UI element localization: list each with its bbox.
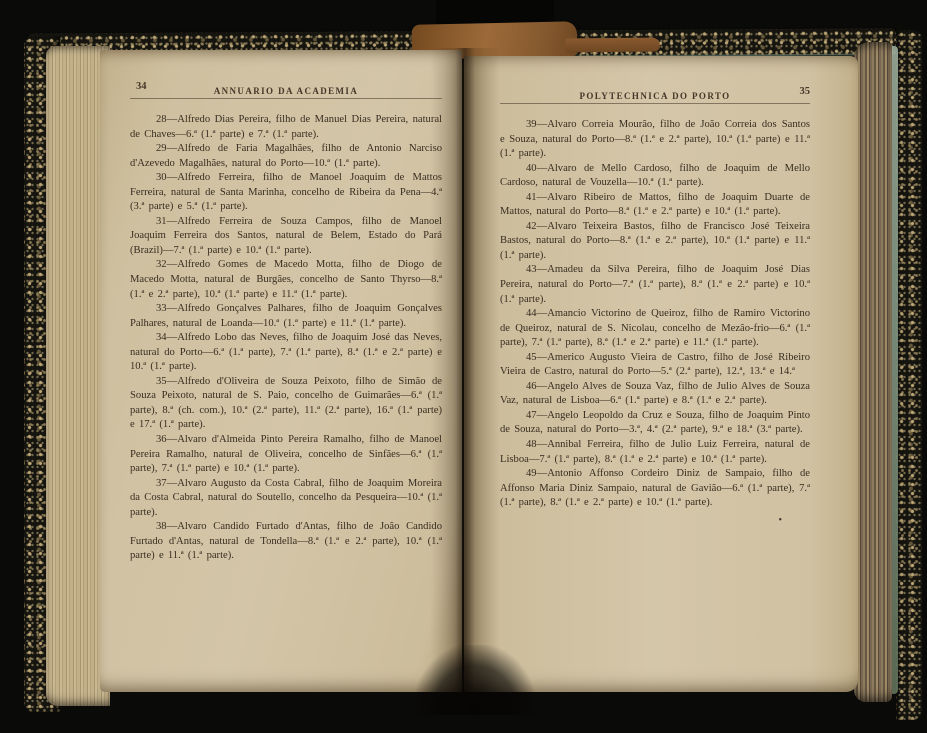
register-entry: 29—Alfredo de Faria Magalhães, filho de … xyxy=(130,142,442,171)
register-entry: 37—Alvaro Augusto da Costa Cabral, filho… xyxy=(130,477,442,521)
register-entry: 33—Alfredo Gonçalves Palhares, filho de … xyxy=(130,302,442,331)
book-photo: 34 ANNUARIO DA ACADEMIA 28—Alfredo Dias … xyxy=(0,0,927,733)
left-page: 34 ANNUARIO DA ACADEMIA 28—Alfredo Dias … xyxy=(100,50,462,692)
register-entry: 41—Alvaro Ribeiro de Mattos, filho de Jo… xyxy=(500,191,810,220)
register-entry: 45—Americo Augusto Vieira de Castro, fil… xyxy=(500,351,810,380)
left-page-header: 34 ANNUARIO DA ACADEMIA xyxy=(130,81,442,94)
register-entry: 38—Alvaro Candido Furtado d'Antas, filho… xyxy=(130,520,442,564)
register-entry: 32—Alfredo Gomes de Macedo Motta, filho … xyxy=(130,258,442,302)
register-entry: 49—Antonio Affonso Cordeiro Diniz de Sam… xyxy=(500,467,810,511)
register-entry: 44—Amancio Victorino de Queiroz, filho d… xyxy=(500,307,810,351)
right-entries: 39—Alvaro Correia Mourão, filho de João … xyxy=(500,118,810,511)
right-running-title: POLYTECHNICA DO PORTO xyxy=(579,91,730,101)
register-entry: 35—Alfredo d'Oliveira de Souza Peixoto, … xyxy=(130,375,442,433)
register-entry: 46—Angelo Alves de Souza Vaz, filho de J… xyxy=(500,380,810,409)
right-text-block: POLYTECHNICA DO PORTO 35 39—Alvaro Corre… xyxy=(464,56,858,526)
register-entry: 28—Alfredo Dias Pereira, filho de Manuel… xyxy=(130,113,442,142)
register-entry: 48—Annibal Ferreira, filho de Julio Luiz… xyxy=(500,438,810,467)
right-page: POLYTECHNICA DO PORTO 35 39—Alvaro Corre… xyxy=(464,56,858,692)
register-entry: 34—Alfredo Lobo das Neves, filho de Joaq… xyxy=(130,331,442,375)
register-entry: 39—Alvaro Correia Mourão, filho de João … xyxy=(500,118,810,162)
register-entry: 43—Amadeu da Silva Pereira, filho de Joa… xyxy=(500,263,810,307)
right-page-header: POLYTECHNICA DO PORTO 35 xyxy=(500,86,810,99)
left-header-rule xyxy=(130,98,442,99)
right-page-number: 35 xyxy=(800,86,811,97)
register-entry: 42—Alvaro Teixeira Bastos, filho de Fran… xyxy=(500,220,810,264)
spine-headcap-leather-strip xyxy=(565,38,660,53)
left-text-block: 34 ANNUARIO DA ACADEMIA 28—Alfredo Dias … xyxy=(100,50,462,564)
section-end-mark: • xyxy=(500,515,810,526)
right-cover-board xyxy=(896,30,922,720)
register-entry: 40—Alvaro de Mello Cardoso, filho de Joa… xyxy=(500,162,810,191)
left-entries: 28—Alfredo Dias Pereira, filho de Manuel… xyxy=(130,113,442,564)
right-header-rule xyxy=(500,103,810,104)
left-running-title: ANNUARIO DA ACADEMIA xyxy=(214,86,359,96)
register-entry: 30—Alfredo Ferreira, filho de Manoel Joa… xyxy=(130,171,442,215)
right-fore-edge xyxy=(854,42,892,702)
register-entry: 36—Alvaro d'Almeida Pinto Pereira Ramalh… xyxy=(130,433,442,477)
left-page-number: 34 xyxy=(136,81,147,92)
register-entry: 47—Angelo Leopoldo da Cruz e Souza, filh… xyxy=(500,409,810,438)
register-entry: 31—Alfredo Ferreira de Souza Campos, fil… xyxy=(130,215,442,259)
